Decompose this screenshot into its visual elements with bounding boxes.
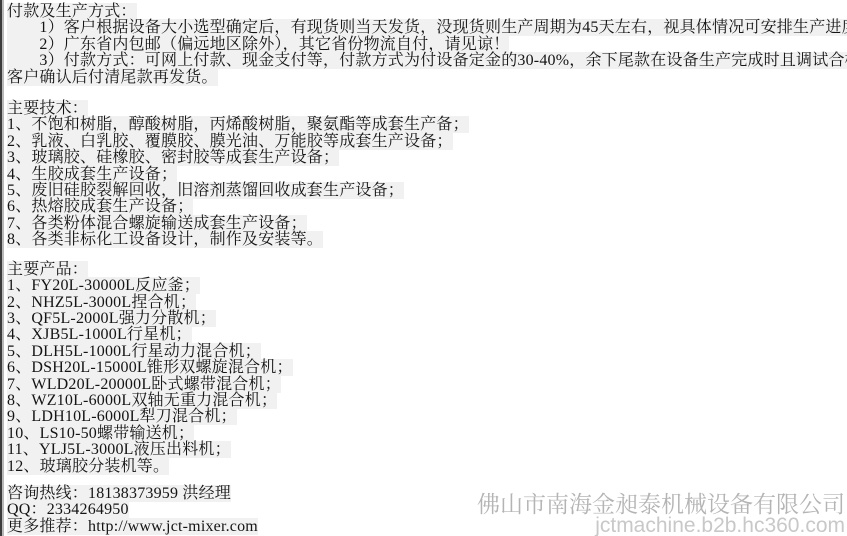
product-item-text: 10、LS10-50螺带输送机； — [7, 425, 194, 442]
main-technology-section: 主要技术： 1、不饱和树脂，醇酸树脂，丙烯酸树脂，聚氨酯等成套生产备； 2、乳液… — [7, 101, 847, 249]
payment-line-text: 1）客户根据设备大小选型确定后，有现货则当天发货，没现货则生产周期为45天左右，… — [7, 19, 847, 36]
product-item-text: 6、DSH20L-15000L锥形双螺旋混合机； — [7, 359, 293, 376]
document-content: 付款及生产方式： 1）客户根据设备大小选型确定后，有现货则当天发货，没现货则生产… — [7, 4, 847, 535]
product-item: 4、XJB5L-1000L行星机； — [7, 327, 847, 343]
technology-item: 7、各类粉体混合螺旋输送成套生产设备； — [7, 216, 847, 232]
technology-item: 6、热熔胶成套生产设备； — [7, 199, 847, 215]
product-item-text: 2、NHZ5L-3000L捏合机； — [7, 294, 196, 311]
technology-item: 1、不饱和树脂，醇酸树脂，丙烯酸树脂，聚氨酯等成套生产备； — [7, 117, 847, 133]
product-item: 6、DSH20L-15000L锥形双螺旋混合机； — [7, 360, 847, 376]
payment-section-title-line: 付款及生产方式： — [7, 4, 847, 20]
product-item: 10、LS10-50螺带输送机； — [7, 426, 847, 442]
document-page: 付款及生产方式： 1）客户根据设备大小选型确定后，有现货则当天发货，没现货则生产… — [0, 0, 847, 536]
products-section-title-line: 主要产品： — [7, 262, 847, 278]
technology-item-text: 5、废旧硅胶裂解回收，旧溶剂蒸馏回收成套生产设备； — [7, 182, 404, 199]
product-item-text: 9、LDH10L-6000L犁刀混合机； — [7, 408, 237, 425]
technology-item-text: 7、各类粉体混合螺旋输送成套生产设备； — [7, 215, 307, 232]
technology-item: 3、玻璃胶、硅橡胶、密封胶等成套生产设备； — [7, 150, 847, 166]
product-item-text: 11、YLJ5L-3000L液压出料机； — [7, 441, 231, 458]
payment-line: 客户确认后付清尾款再发货。 — [7, 70, 847, 86]
product-item: 8、WZ10L-6000L双轴无重力混合机； — [7, 393, 847, 409]
technology-item-text: 1、不饱和树脂，醇酸树脂，丙烯酸树脂，聚氨酯等成套生产备； — [7, 116, 469, 133]
technology-item-text: 4、生胶成套生产设备； — [7, 166, 177, 183]
technology-item-text: 2、乳液、白乳胶、覆膜胶、膜光油、万能胶等成套生产设备； — [7, 133, 453, 150]
contact-hotline-line: 咨询热线：18138373959 洪经理 — [7, 486, 847, 502]
technology-item-text: 6、热熔胶成套生产设备； — [7, 198, 193, 215]
technology-item: 2、乳液、白乳胶、覆膜胶、膜光油、万能胶等成套生产设备； — [7, 134, 847, 150]
technology-item: 8、各类非标化工设备设计，制作及安装等。 — [7, 232, 847, 248]
contact-qq: QQ：2334264950 — [7, 501, 129, 518]
product-item-text: 1、FY20L-30000L反应釜； — [7, 277, 200, 294]
technology-section-title: 主要技术： — [7, 100, 88, 117]
product-item-text: 5、DLH5L-1000L行星动力混合机； — [7, 343, 261, 360]
product-item: 3、QF5L-2000L强力分散机； — [7, 311, 847, 327]
product-item-text: 8、WZ10L-6000L双轴无重力混合机； — [7, 392, 277, 409]
payment-line-text: 客户确认后付清尾款再发货。 — [7, 69, 218, 86]
payment-line-text: 3）付款方式：可网上付款、现金支付等，付款方式为付设备定金的30-40%，余下尾… — [7, 52, 847, 69]
payment-line: 3）付款方式：可网上付款、现金支付等，付款方式为付设备定金的30-40%，余下尾… — [7, 53, 847, 69]
contact-more-line: 更多推荐：http://www.jct-mixer.com — [7, 519, 847, 535]
product-item: 12、玻璃胶分装机等。 — [7, 459, 847, 475]
payment-line: 2）广东省内包邮（偏远地区除外），其它省份物流自付，请见谅！ — [7, 37, 847, 53]
product-item-text: 7、WLD20L-20000L卧式螺带混合机； — [7, 376, 281, 393]
contact-qq-line: QQ：2334264950 — [7, 502, 847, 518]
product-item: 5、DLH5L-1000L行星动力混合机； — [7, 344, 847, 360]
payment-line: 1）客户根据设备大小选型确定后，有现货则当天发货，没现货则生产周期为45天左右，… — [7, 20, 847, 36]
product-item-text: 12、玻璃胶分装机等。 — [7, 458, 169, 475]
technology-section-title-line: 主要技术： — [7, 101, 847, 117]
technology-item-text: 8、各类非标化工设备设计，制作及安装等。 — [7, 231, 323, 248]
main-products-section: 主要产品： 1、FY20L-30000L反应釜； 2、NHZ5L-3000L捏合… — [7, 262, 847, 475]
contact-website-url: 更多推荐：http://www.jct-mixer.com — [7, 518, 258, 535]
product-item: 11、YLJ5L-3000L液压出料机； — [7, 442, 847, 458]
payment-line-text: 2）广东省内包邮（偏远地区除外），其它省份物流自付，请见谅！ — [7, 36, 509, 53]
contact-section: 咨询热线：18138373959 洪经理 QQ：2334264950 更多推荐：… — [7, 486, 847, 535]
payment-terms-section: 付款及生产方式： 1）客户根据设备大小选型确定后，有现货则当天发货，没现货则生产… — [7, 4, 847, 86]
technology-item-text: 3、玻璃胶、硅橡胶、密封胶等成套生产设备； — [7, 149, 339, 166]
window-left-edge — [0, 0, 4, 536]
product-item: 2、NHZ5L-3000L捏合机； — [7, 295, 847, 311]
technology-item: 5、废旧硅胶裂解回收，旧溶剂蒸馏回收成套生产设备； — [7, 183, 847, 199]
product-item-text: 4、XJB5L-1000L行星机； — [7, 326, 192, 343]
product-item: 9、LDH10L-6000L犁刀混合机； — [7, 409, 847, 425]
technology-item: 4、生胶成套生产设备； — [7, 167, 847, 183]
product-item: 1、FY20L-30000L反应釜； — [7, 278, 847, 294]
contact-hotline: 咨询热线：18138373959 洪经理 — [7, 485, 231, 502]
payment-section-title: 付款及生产方式： — [7, 3, 137, 20]
product-item: 7、WLD20L-20000L卧式螺带混合机； — [7, 377, 847, 393]
product-item-text: 3、QF5L-2000L强力分散机； — [7, 310, 216, 327]
products-section-title: 主要产品： — [7, 261, 88, 278]
